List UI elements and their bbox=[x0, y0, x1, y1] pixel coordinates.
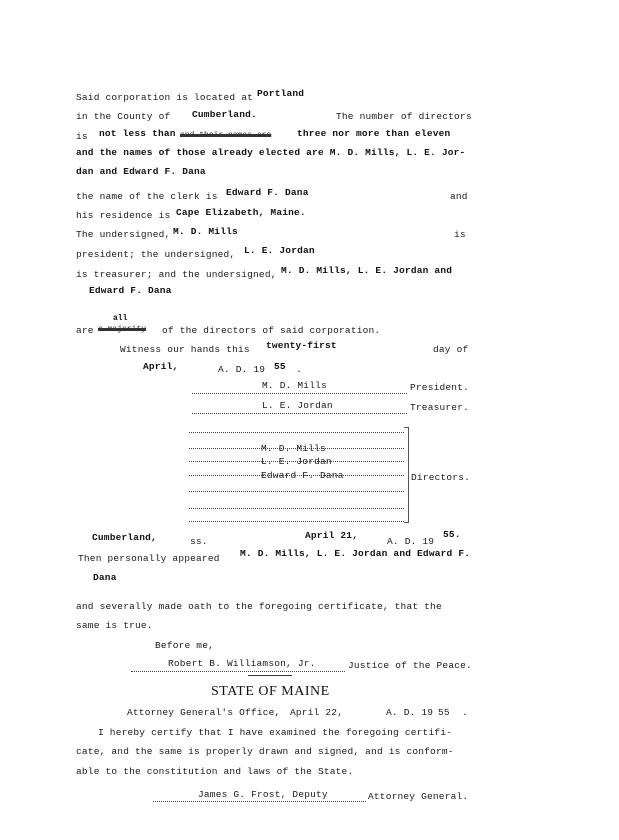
oath-text-1: and severally made oath to the foregoing… bbox=[76, 601, 442, 612]
ag-date: April 22, bbox=[290, 707, 343, 718]
treasurer-signature: L. E. Jordan bbox=[262, 400, 333, 411]
oath-county: Cumberland, bbox=[92, 532, 157, 543]
witness-period: . bbox=[296, 364, 302, 375]
divider-rule bbox=[248, 675, 292, 676]
residence-value: Cape Elizabeth, Maine. bbox=[176, 207, 306, 218]
witness-day-of: day of bbox=[433, 344, 468, 355]
elected-line-2: dan and Edward F. Dana bbox=[76, 166, 206, 177]
treasurer-name: L. E. Jordan bbox=[244, 245, 315, 256]
director-signature-3: Edward F. Dana bbox=[261, 470, 344, 481]
location-city: Portland bbox=[257, 88, 304, 99]
witness-month: April, bbox=[143, 361, 178, 372]
oath-date: April 21, bbox=[305, 530, 358, 541]
oath-text-2: same is true. bbox=[76, 620, 153, 631]
ag-ad: A. D. 19 bbox=[386, 707, 433, 718]
county-value: Cumberland. bbox=[192, 109, 257, 120]
president-name: M. D. Mills bbox=[173, 226, 238, 237]
directors-names-2: Edward F. Dana bbox=[89, 285, 172, 296]
clerk-name: Edward F. Dana bbox=[226, 187, 309, 198]
director-signature-1: M. D. Mills bbox=[261, 443, 326, 454]
elected-line-1: and the names of those already elected a… bbox=[76, 147, 465, 158]
undersigned-label: The undersigned, bbox=[76, 229, 170, 240]
ag-year: 55 bbox=[438, 707, 450, 718]
director-line-1 bbox=[189, 420, 404, 433]
ag-office-label: Attorney General's Office, bbox=[127, 707, 280, 718]
are-suffix: of the directors of said corporation. bbox=[162, 325, 380, 336]
cert-line-1: I hereby certify that I have examined th… bbox=[98, 727, 452, 738]
witness-label: Witness our hands this bbox=[120, 344, 250, 355]
location-label: Said corporation is located at bbox=[76, 92, 253, 103]
directors-bracket bbox=[404, 427, 409, 523]
state-heading: STATE OF MAINE bbox=[211, 684, 330, 700]
directors-prefix: is bbox=[76, 131, 88, 142]
appeared-names-2: Dana bbox=[93, 572, 117, 583]
witness-year: 55 bbox=[274, 361, 286, 372]
ag-period: . bbox=[462, 707, 468, 718]
struck-majority: a majority bbox=[98, 325, 146, 334]
struck-text: and their names are bbox=[180, 131, 271, 140]
directors-title: Directors. bbox=[411, 472, 470, 483]
director-line-7 bbox=[189, 509, 404, 522]
president-label: president; the undersigned, bbox=[76, 249, 235, 260]
justice-title: Justice of the Peace. bbox=[348, 660, 472, 671]
directors-number-label: The number of directors bbox=[336, 111, 472, 122]
before-me: Before me, bbox=[155, 640, 214, 651]
directors-range: three nor more than eleven bbox=[297, 128, 450, 139]
appeared-names-1: M. D. Mills, L. E. Jordan and Edward F. bbox=[240, 548, 470, 559]
ag-signature: James G. Frost, Deputy bbox=[198, 789, 328, 800]
directors-names-1: M. D. Mills, L. E. Jordan and bbox=[281, 265, 452, 276]
director-signature-2: L. E. Jordan bbox=[261, 456, 332, 467]
are-label: are bbox=[76, 325, 94, 336]
oath-ss: ss. bbox=[190, 536, 208, 547]
clerk-and: and bbox=[450, 191, 468, 202]
treasurer-title: Treasurer. bbox=[410, 402, 469, 413]
cert-line-3: able to the constitution and laws of the… bbox=[76, 766, 353, 777]
ag-title: Attorney General. bbox=[368, 791, 468, 802]
oath-year: 55. bbox=[443, 529, 461, 540]
county-label: in the County of bbox=[76, 111, 170, 122]
is-label: is bbox=[454, 229, 466, 240]
director-line-6 bbox=[189, 496, 404, 509]
justice-signature: Robert B. Williamson, Jr. bbox=[168, 658, 316, 669]
oath-ad: A. D. 19 bbox=[387, 536, 434, 547]
witness-day: twenty-first bbox=[266, 340, 337, 351]
cert-line-2: cate, and the same is properly drawn and… bbox=[76, 746, 454, 757]
witness-ad: A. D. 19 bbox=[218, 364, 265, 375]
president-signature: M. D. Mills bbox=[262, 380, 327, 391]
appeared-label: Then personally appeared bbox=[78, 553, 220, 564]
treasurer-label: is treasurer; and the undersigned, bbox=[76, 269, 277, 280]
all-insert: all bbox=[113, 314, 127, 323]
directors-min-label: not less than bbox=[99, 128, 176, 139]
clerk-label: the name of the clerk is bbox=[76, 191, 218, 202]
president-title: President. bbox=[410, 382, 469, 393]
residence-label: his residence is bbox=[76, 210, 170, 221]
